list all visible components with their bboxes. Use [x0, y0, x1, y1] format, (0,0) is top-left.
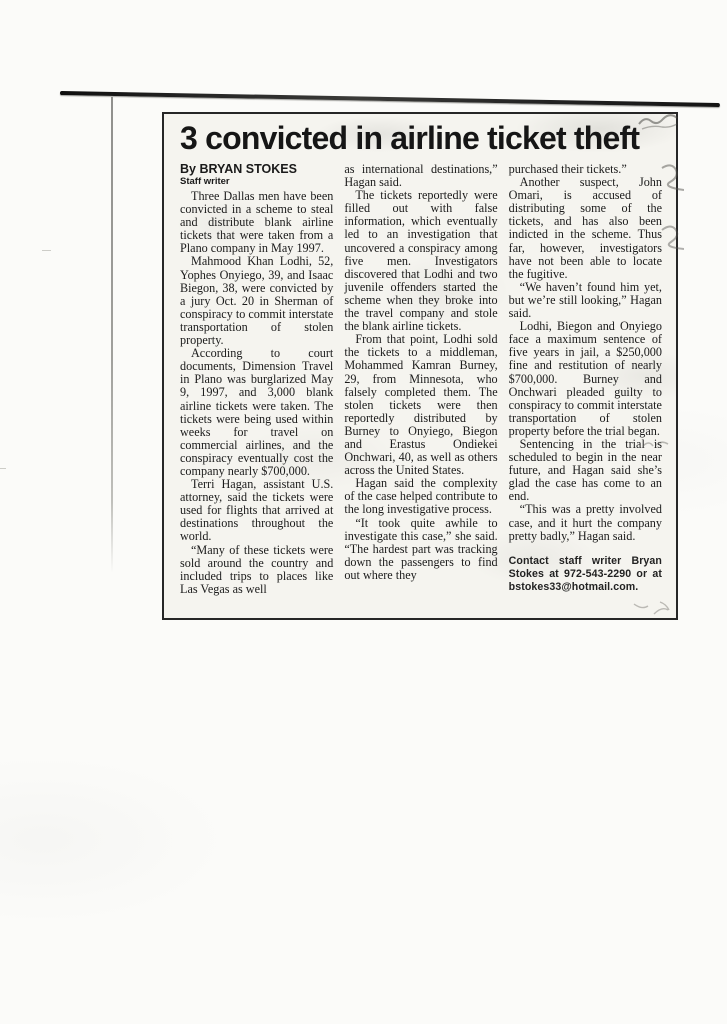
paragraph: Hagan said the complexity of the case he…: [344, 477, 497, 516]
paragraph: The tickets reportedly were filled out w…: [344, 189, 497, 333]
paragraph: Mahmood Khan Lodhi, 52, Yophes Onyiego, …: [180, 255, 333, 347]
paragraph: Sentencing in the trial is scheduled to …: [509, 438, 662, 503]
paragraph: Three Dallas men have been convicted in …: [180, 190, 333, 255]
paragraph: “Many of these tickets were sold around …: [180, 544, 333, 596]
scan-fold-line: [111, 97, 113, 573]
paragraph: Another suspect, John Omari, is accused …: [509, 176, 662, 281]
article-column-2: as international destinations,” Hagan sa…: [344, 163, 497, 596]
scanned-page: { "page": { "headline": "3 convicted in …: [0, 0, 727, 1024]
paragraph: “It took quite awhile to investigate thi…: [344, 517, 497, 582]
paragraph: Lodhi, Biegon and Onyiego face a maximum…: [509, 320, 662, 438]
article-column-1: By BRYAN STOKES Staff writer Three Dalla…: [180, 163, 333, 596]
paragraph: “This was a pretty involved case, and it…: [509, 503, 662, 542]
scan-artifact-dash: [0, 468, 6, 469]
article-column-3: purchased their tickets.” Another suspec…: [509, 163, 662, 596]
article-clipping: 3 convicted in airline ticket theft By B…: [162, 112, 678, 620]
paragraph: Terri Hagan, assistant U.S. attorney, sa…: [180, 478, 333, 543]
paragraph: From that point, Lodhi sold the tickets …: [344, 333, 497, 477]
paragraph: as international destinations,” Hagan sa…: [344, 163, 497, 189]
headline: 3 convicted in airline ticket theft: [164, 114, 676, 155]
article-columns: By BRYAN STOKES Staff writer Three Dalla…: [164, 155, 676, 596]
contact-note: Contact staff writer Bryan Stokes at 972…: [509, 555, 662, 594]
paragraph: According to court documents, Dimension …: [180, 347, 333, 478]
scan-top-edge-line: [60, 91, 720, 107]
paragraph: “We haven’t found him yet, but we’re sti…: [509, 281, 662, 320]
scan-artifact-dash: [42, 250, 51, 251]
byline-role: Staff writer: [180, 176, 333, 187]
byline: By BRYAN STOKES: [180, 163, 333, 176]
